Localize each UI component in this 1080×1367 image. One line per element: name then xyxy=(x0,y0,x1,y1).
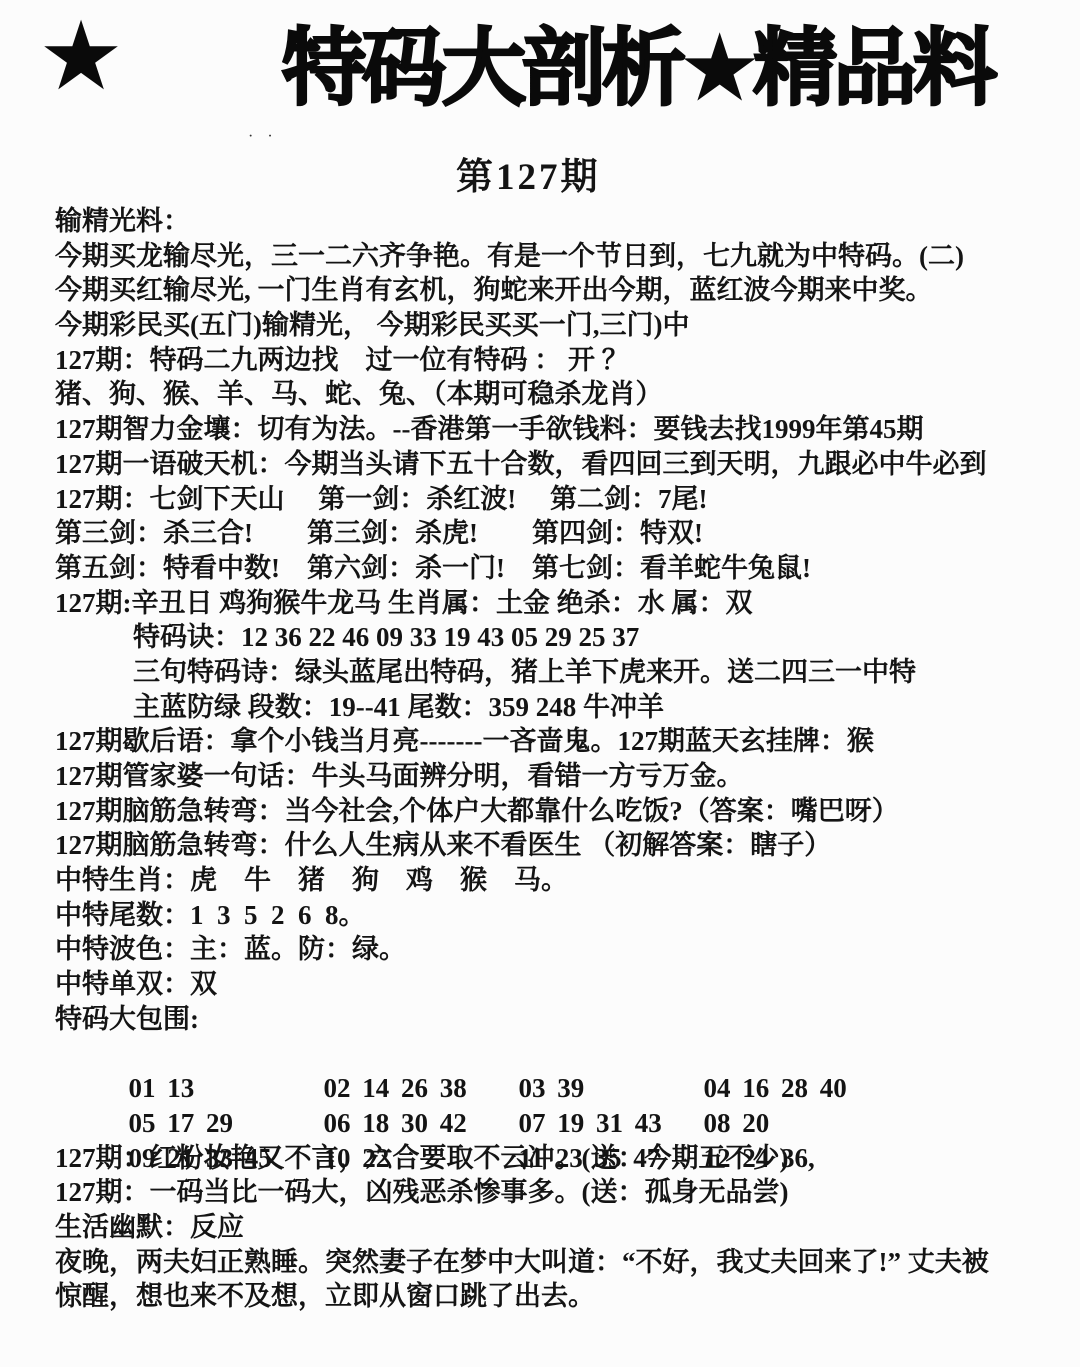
scan-dots: · · xyxy=(248,128,278,146)
text-line: 中特波色：主：蓝。防：绿。 xyxy=(55,932,1066,967)
text-line: 中特尾数：1 3 5 2 6 8。 xyxy=(55,898,1066,933)
text-line: 中特生肖：虎 牛 猪 狗 鸡 猴 马。 xyxy=(55,863,1066,898)
text-line: 127期：红粉妆艳又不言，六合要取不云冲。(送：今期五不少) xyxy=(55,1141,1066,1176)
section-heading: 特码大包围: xyxy=(55,1002,1066,1037)
text-line: 第五剑：特看中数! 第六剑：杀一门! 第七剑：看羊蛇牛兔鼠! xyxy=(55,551,1066,586)
text-line: 特码诀：12 36 22 46 09 33 19 43 05 29 25 37 xyxy=(55,620,1066,655)
grid-cell: 01 13 xyxy=(129,1071,324,1106)
text-line: 127期:辛丑日 鸡狗猴牛龙马 生肖属：土金 绝杀：水 属：双 xyxy=(55,586,1066,621)
grid-cell: 07 19 31 43 xyxy=(519,1106,704,1141)
text-line: 127期：七剑下天山 第一剑：杀红波! 第二剑：7尾! xyxy=(55,482,1066,517)
star-icon: ★ xyxy=(38,8,124,104)
text-line: 输精光料： xyxy=(55,204,1066,239)
text-line: 今期买龙输尽光，三一二六齐争艳。有是一个节日到，七九就为中特码。(二) xyxy=(55,239,1066,274)
page-title: 特码大剖析★精品料 xyxy=(282,22,993,114)
text-line: 惊醒，想也来不及想，立即从窗口跳了出去。 xyxy=(55,1279,1066,1314)
text-line: 猪、狗、猴、羊、马、蛇、兔、（本期可稳杀龙肖） xyxy=(55,377,1066,412)
grid-cell: 08 20 xyxy=(704,1106,770,1141)
text-line: 127期歇后语：拿个小钱当月亮-------一吝啬鬼。127期蓝天玄挂牌：猴 xyxy=(55,724,1066,759)
grid-cell: 03 39 xyxy=(519,1071,704,1106)
text-line: 127期一语破天机：今期当头请下五十合数，看四回三到天明，九跟必中牛必到 xyxy=(55,447,1066,482)
issue-number: 第127期 xyxy=(456,146,601,200)
text-line: 127期脑筋急转弯：什么人生病从来不看医生 （初解答案：瞎子） xyxy=(55,828,1066,863)
text-line: 三句特码诗：绿头蓝尾出特码，猪上羊下虎来开。送二四三一中特 xyxy=(55,655,1066,690)
text-line: 今期买红输尽光, 一门生肖有玄机，狗蛇来开出今期，蓝红波今期来中奖。 xyxy=(55,273,1066,308)
grid-cell: 05 17 29 xyxy=(129,1106,324,1141)
text-line: 中特单双：双 xyxy=(55,967,1066,1002)
text-line: 夜晚，两夫妇正熟睡。突然妻子在梦中大叫道：“不好，我丈夫回来了!” 丈夫被 xyxy=(55,1245,1066,1280)
number-grid-row: 01 1302 14 26 3803 3904 16 28 40 xyxy=(55,1037,1066,1072)
text-line: 127期：特码二九两边找 过一位有特码 ： 开 ？ xyxy=(55,343,1066,378)
text-line: 今期彩民买(五门)输精光， 今期彩民买买一门,三门)中 xyxy=(55,308,1066,343)
grid-cell: 04 16 28 40 xyxy=(704,1071,847,1106)
grid-cell: 06 18 30 42 xyxy=(324,1106,519,1141)
text-line: 生活幽默：反应 xyxy=(55,1210,1066,1245)
text-line: 127期：一码当比一码大，凶残恶杀惨事多。(送：孤身无品尝) xyxy=(55,1175,1066,1210)
text-line: 127期智力金壤：切有为法。--香港第一手欲钱料：要钱去找1999年第45期 xyxy=(55,412,1066,447)
text-line: 主蓝防绿 段数：19--41 尾数：359 248 牛冲羊 xyxy=(55,690,1066,725)
body-text: 输精光料： 今期买龙输尽光，三一二六齐争艳。有是一个节日到，七九就为中特码。(二… xyxy=(55,204,1066,1314)
page: ★ 特码大剖析★精品料 · · 第127期 输精光料： 今期买龙输尽光，三一二六… xyxy=(0,0,1080,1367)
text-line: 第三剑：杀三合! 第三剑：杀虎! 第四剑：特双! xyxy=(55,516,1066,551)
text-line: 127期脑筋急转弯：当今社会,个体户大都靠什么吃饭?（答案：嘴巴呀） xyxy=(55,794,1066,829)
text-line: 127期管家婆一句话：牛头马面辨分明，看错一方亏万金。 xyxy=(55,759,1066,794)
grid-cell: 02 14 26 38 xyxy=(324,1071,519,1106)
